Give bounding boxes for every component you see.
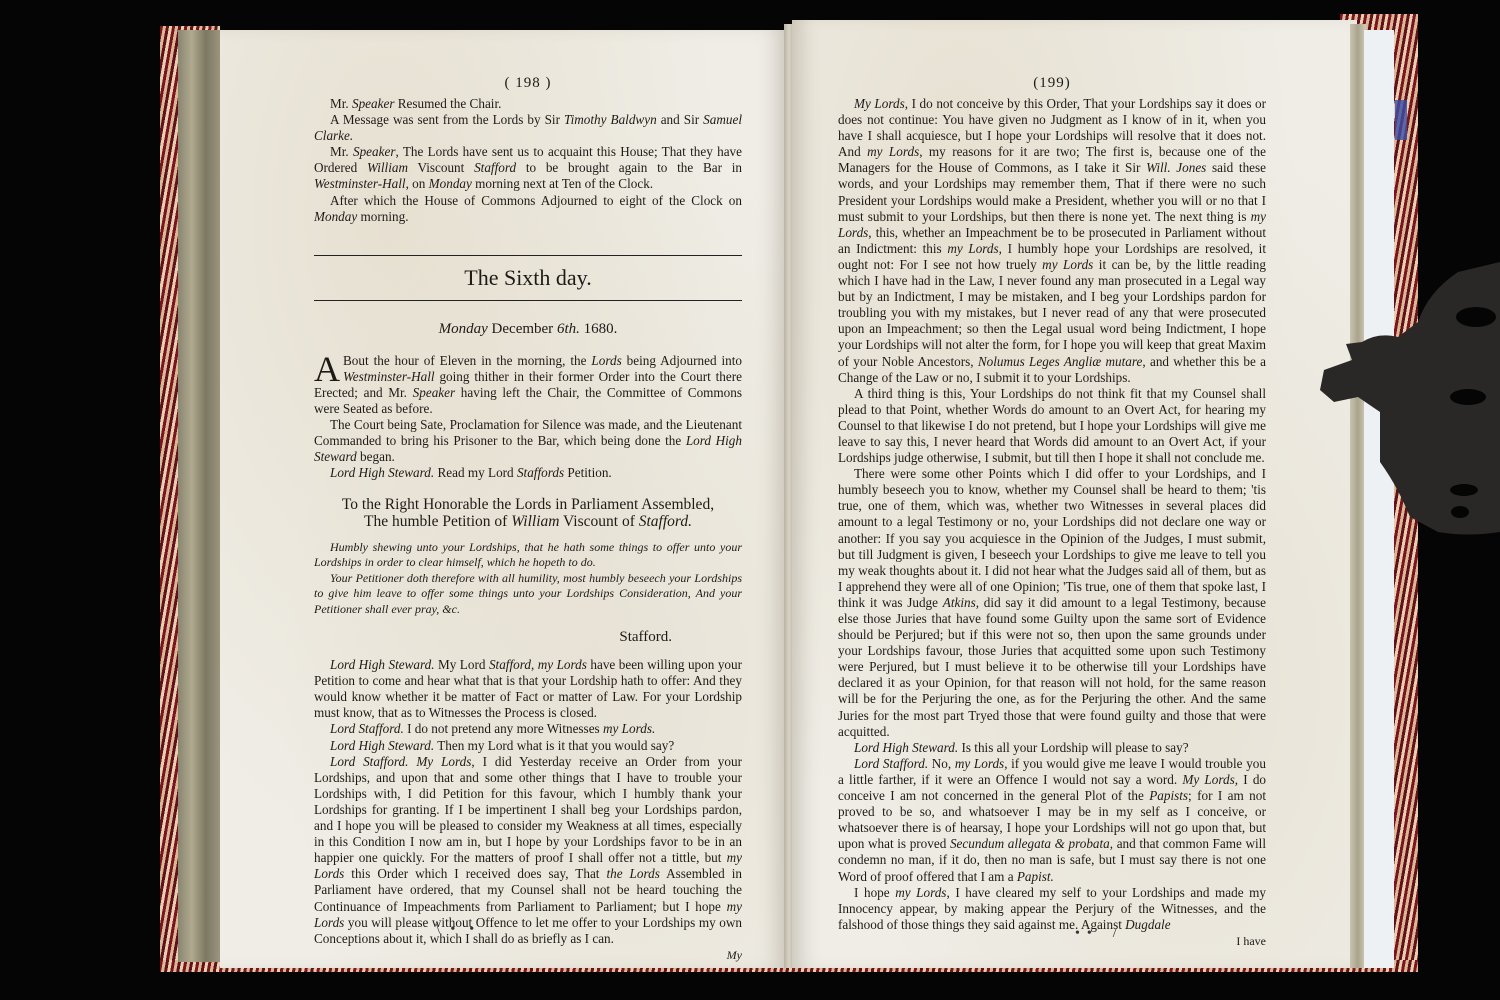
paragraph: Lord Stafford. My Lords, I did Yesterday… (314, 754, 742, 947)
dateline-year: 1680. (580, 321, 618, 337)
paragraph: Bout the hour of Eleven in the morning, … (314, 353, 742, 417)
paragraph: I hope my Lords, I have cleared my self … (838, 885, 1266, 933)
left-page-text: ( 198 ) Mr. Speaker Resumed the Chair.A … (314, 74, 742, 963)
catchword: My (314, 947, 742, 963)
drop-cap: A (314, 354, 340, 384)
dateline-ordinal: 6th. (557, 321, 580, 337)
paragraph: After which the House of Commons Adjourn… (314, 193, 742, 225)
paragraph: Mr. Speaker Resumed the Chair. (314, 96, 742, 112)
petition-title: To the Right Honorable the Lords in Parl… (314, 496, 742, 530)
marble-accent (1395, 100, 1407, 140)
paragraph: Lord Stafford. I do not pretend any more… (314, 721, 742, 737)
rule-bottom (314, 300, 742, 301)
book-weight-clip-icon (1318, 262, 1500, 562)
paragraph: Lord Stafford. No, my Lords, if you woul… (838, 756, 1266, 885)
section-heading: The Sixth day. (314, 256, 742, 300)
catchword: I have (838, 933, 1266, 949)
right-page-text: (199) My Lords, I do not conceive by thi… (838, 74, 1266, 949)
dateline: Monday December 6th. 1680. (314, 319, 742, 339)
paragraph: A third thing is this, Your Lordships do… (838, 386, 1266, 466)
paragraph: Mr. Speaker, The Lords have sent us to a… (314, 144, 742, 192)
petition-signature: Stafford. (314, 629, 672, 645)
petition-title-line2: The humble Petition of William Viscount … (314, 513, 742, 530)
paragraph: A Message was sent from the Lords by Sir… (314, 112, 742, 144)
paragraph: Lord High Steward. My Lord Stafford, my … (314, 657, 742, 721)
dateline-month: December (492, 321, 557, 337)
petition-paragraph: Your Petitioner doth therefore with all … (314, 571, 742, 618)
paragraph: Lord High Steward. Then my Lord what is … (314, 738, 742, 754)
petition-title-line1: To the Right Honorable the Lords in Parl… (314, 496, 742, 513)
dateline-day: Monday (439, 321, 488, 337)
right-paragraphs: My Lords, I do not conceive by this Orde… (838, 96, 1266, 933)
folio-198: ( 198 ) (314, 74, 742, 92)
paragraph: There were some other Points which I did… (838, 466, 1266, 740)
petition-paragraph: Humbly shewing unto your Lordships, that… (314, 540, 742, 571)
dialogue-paragraphs: Lord High Steward. My Lord Stafford, my … (314, 657, 742, 947)
printer-marks: • • / (1075, 926, 1117, 942)
opening-paragraphs: Mr. Speaker Resumed the Chair.A Message … (314, 96, 742, 225)
paragraph: Lord High Steward. Is this all your Lord… (838, 740, 1266, 756)
page-block-edge (178, 30, 224, 962)
paragraph: My Lords, I do not conceive by this Orde… (838, 96, 1266, 386)
printer-marks: \ • • (436, 922, 474, 938)
body-paragraphs: A Bout the hour of Eleven in the morning… (314, 353, 742, 482)
folio-199: (199) (838, 74, 1266, 92)
petition-body: Humbly shewing unto your Lordships, that… (314, 540, 742, 618)
paragraph: Lord High Steward. Read my Lord Stafford… (314, 465, 742, 481)
paragraph: The Court being Sate, Proclamation for S… (314, 417, 742, 465)
